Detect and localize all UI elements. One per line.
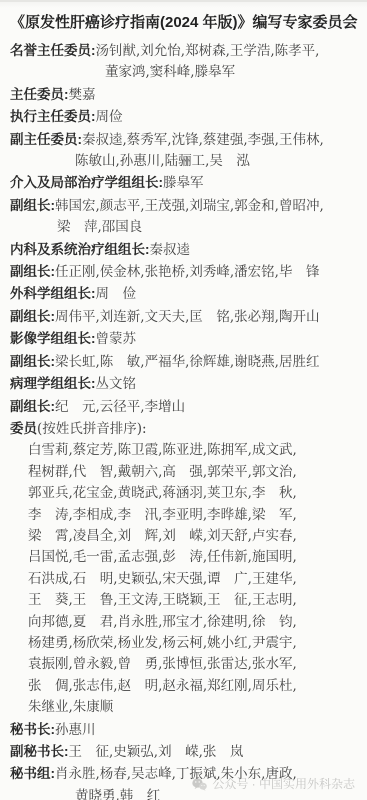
role-label: 外科学组组长: [10, 286, 96, 301]
member-list-line: 梁 霄,凌昌全,刘 辉,刘 嵘,刘天舒,卢实春, [10, 526, 359, 547]
line-deputy-secretaries: 副秘书长:王 征,史颖弘,刘 嵘,张 岚 [10, 741, 359, 763]
line-surgery-vice-leads: 副组长:周伟平,刘连新,文天夫,匡 铭,张必翔,陶开山 [10, 306, 359, 328]
names-text: 李 涛,李相成,李 汛,李亚明,李晔雄,梁 军, [28, 507, 297, 523]
names-text: 梁长虹,陈 敏,严福华,徐辉雄,谢晓燕,居胜红 [55, 354, 319, 370]
names-text: 郭亚兵,花宝金,黄晓武,蒋涵羽,荚卫东,李 秋, [28, 485, 297, 501]
role-label: 病理学组组长: [10, 376, 96, 391]
names-text: 朱继业,朱康顺 [28, 699, 113, 715]
role-label: 副组长: [10, 264, 55, 279]
line-interventional-group-lead: 介入及局部治疗学组组长:滕皋军 [10, 172, 359, 194]
member-list-line: 李 涛,李相成,李 汛,李亚明,李晔雄,梁 军, [10, 505, 359, 526]
member-list-line: 吕国悦,毛一雷,孟志强,彭 涛,任伟新,施国明, [10, 547, 359, 568]
wechat-icon [192, 778, 207, 791]
names-text: 任正刚,侯金林,张艳桥,刘秀峰,潘宏铭,毕 锋 [55, 264, 319, 280]
names-text: 滕皋军 [163, 175, 204, 191]
member-list-line: 王 葵,王 鲁,王文涛,王晓颖,王 征,王志明, [10, 590, 359, 611]
names-text: 袁振刚,曾永毅,曾 勇,张博恒,张雷达,张水军, [28, 656, 297, 672]
names-text: 王 征,史颖弘,刘 嵘,张 岚 [69, 744, 244, 760]
member-list-line: 袁振刚,曾永毅,曾 勇,张博恒,张雷达,张水军, [10, 654, 359, 675]
document-page: 《原发性肝癌诊疗指南(2024 年版)》编写专家委员会 名誉主任委员:汤钊猷,刘… [0, 0, 367, 800]
member-list-line: 白雪莉,蔡定芳,陈卫霞,陈亚进,陈拥军,成文武, [10, 440, 359, 461]
names-text: 纪 元,云径平,李增山 [55, 399, 185, 415]
role-label: 秘书长: [10, 722, 55, 737]
line-interventional-vice-leads-cont: 梁 萍,邵国良 [10, 217, 359, 238]
role-label: 介入及局部治疗学组组长: [10, 175, 163, 190]
line-honorary-chairs-cont: 董家鸿,窦科峰,滕皋军 [10, 62, 359, 83]
member-list-line: 张 倜,张志伟,赵 明,赵永福,郑红刚,周乐杜, [10, 676, 359, 697]
member-list-line: 杨建勇,杨欣荣,杨业发,杨云柯,姚小红,尹震宇, [10, 633, 359, 654]
members-sort-note: (按姓氏拼音排序): [37, 421, 147, 437]
names-text: 王 葵,王 鲁,王文涛,王晓颖,王 征,王志明, [28, 592, 297, 608]
member-list-line: 郭亚兵,花宝金,黄晓武,蒋涵羽,荚卫东,李 秋, [10, 483, 359, 504]
line-secretary-general: 秘书长:孙惠川 [10, 719, 359, 741]
role-label: 执行主任委员: [10, 109, 96, 124]
names-text: 曾蒙苏 [96, 331, 137, 347]
line-vice-chairs: 副主任委员:秦叔逵,蔡秀军,沈锋,蔡建强,李强,王伟林, [10, 129, 359, 151]
line-interventional-vice-leads: 副组长:韩国宏,颜志平,王茂强,刘瑞宝,郭金和,曾昭冲, [10, 195, 359, 217]
names-text: 白雪莉,蔡定芳,陈卫霞,陈亚进,陈拥军,成文武, [28, 442, 297, 458]
role-label: 内科及系统治疗组组长: [10, 242, 150, 257]
names-text: 樊嘉 [69, 87, 96, 103]
role-label: 副组长: [10, 354, 55, 369]
role-label: 副秘书长: [10, 744, 69, 759]
names-text: 韩国宏,颜志平,王茂强,刘瑞宝,郭金和,曾昭冲, [55, 198, 324, 214]
names-text: 汤钊猷,刘允怡,郑树森,王学浩,陈孝平, [96, 43, 320, 59]
names-text: 陈敏山,孙惠川,陆骊工,吴 泓 [75, 153, 250, 169]
line-honorary-chairs: 名誉主任委员:汤钊猷,刘允怡,郑树森,王学浩,陈孝平, [10, 40, 359, 62]
role-label: 副组长: [10, 399, 55, 414]
line-medical-vice-leads: 副组长:任正刚,侯金林,张艳桥,刘秀峰,潘宏铭,毕 锋 [10, 261, 359, 283]
role-label: 秘书组: [10, 766, 55, 781]
line-chair: 主任委员:樊嘉 [10, 84, 359, 106]
role-label: 委员 [10, 421, 37, 436]
line-pathology-vice-leads: 副组长:纪 元,云径平,李增山 [10, 396, 359, 418]
names-text: 梁 萍,邵国良 [57, 219, 142, 235]
names-text: 向邦德,夏 君,肖永胜,邢宝才,徐建明,徐 钧, [28, 614, 297, 630]
line-medical-group-lead: 内科及系统治疗组组长:秦叔逵 [10, 239, 359, 261]
line-surgery-group-lead: 外科学组组长:周 俭 [10, 283, 359, 305]
member-list-line: 朱继业,朱康顺 [10, 697, 359, 718]
member-list-line: 程树群,代 智,戴朝六,高 强,郭荣平,郭文治, [10, 462, 359, 483]
names-text: 董家鸿,窦科峰,滕皋军 [105, 64, 235, 80]
role-label: 副主任委员: [10, 132, 82, 147]
line-pathology-group-lead: 病理学组组长:丛文铭 [10, 373, 359, 395]
watermark: 公众号 · 中国实用外科杂志 [192, 777, 355, 791]
member-list-line: 向邦德,夏 君,肖永胜,邢宝才,徐建明,徐 钧, [10, 612, 359, 633]
names-text: 周伟平,刘连新,文天夫,匡 铭,张必翔,陶开山 [55, 309, 319, 325]
names-text: 黄晓勇,韩 红 [75, 788, 160, 800]
names-text: 张 倜,张志伟,赵 明,赵永福,郑红刚,周乐杜, [28, 678, 297, 694]
document-title: 《原发性肝癌诊疗指南(2024 年版)》编写专家委员会 [10, 13, 359, 33]
names-text: 孙惠川 [55, 722, 96, 738]
role-label: 名誉主任委员: [10, 43, 96, 58]
role-label: 副组长: [10, 309, 55, 324]
names-text: 秦叔逵 [150, 242, 191, 258]
watermark-text: 公众号 · 中国实用外科杂志 [212, 777, 355, 791]
line-imaging-vice-leads: 副组长:梁长虹,陈 敏,严福华,徐辉雄,谢晓燕,居胜红 [10, 351, 359, 373]
role-label: 副组长: [10, 198, 55, 213]
line-members-header: 委员(按姓氏拼音排序): [10, 418, 359, 440]
names-text: 杨建勇,杨欣荣,杨业发,杨云柯,姚小红,尹震宇, [28, 635, 297, 651]
member-list-line: 石洪成,石 明,史颖弘,宋天强,谭 广,王建华, [10, 569, 359, 590]
names-text: 周 俭 [96, 286, 137, 302]
names-text: 程树群,代 智,戴朝六,高 强,郭荣平,郭文治, [28, 464, 297, 480]
role-label: 主任委员: [10, 87, 69, 102]
names-text: 石洪成,石 明,史颖弘,宋天强,谭 广,王建华, [28, 571, 297, 587]
names-text: 丛文铭 [96, 376, 137, 392]
names-text: 梁 霄,凌昌全,刘 辉,刘 嵘,刘天舒,卢实春, [28, 528, 297, 544]
role-label: 影像学组组长: [10, 331, 96, 346]
line-imaging-group-lead: 影像学组组长:曾蒙苏 [10, 328, 359, 350]
line-vice-chairs-cont: 陈敏山,孙惠川,陆骊工,吴 泓 [10, 151, 359, 172]
line-executive-chair: 执行主任委员:周俭 [10, 106, 359, 128]
names-text: 周俭 [96, 109, 123, 125]
names-text: 吕国悦,毛一雷,孟志强,彭 涛,任伟新,施国明, [28, 549, 297, 565]
names-text: 秦叔逵,蔡秀军,沈锋,蔡建强,李强,王伟林, [82, 132, 324, 148]
